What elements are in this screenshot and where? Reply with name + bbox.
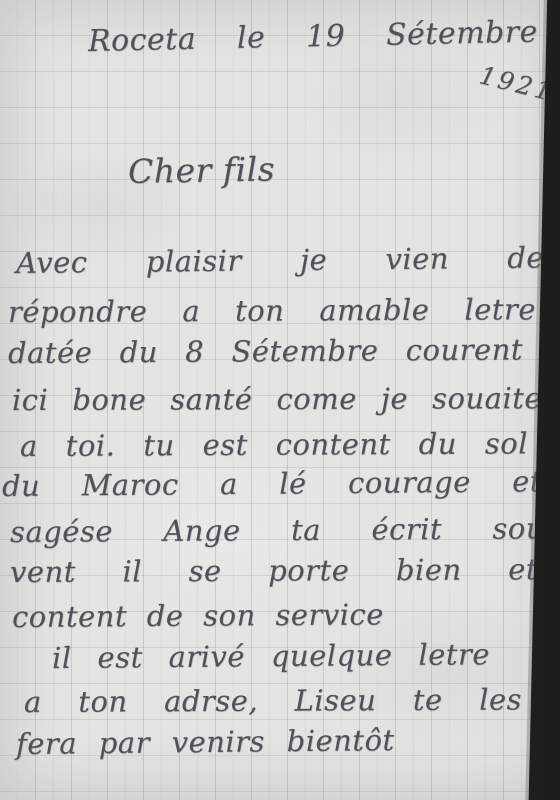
letter-line-7: sagése Ange ta écrit sou: [10, 508, 545, 552]
scanned-letter-page: Roceta le 19 Sétembre 1921 Cher fils Ave…: [0, 0, 560, 800]
letter-line-2: répondre a ton amable letre: [8, 289, 536, 332]
letter-line-9: content de son service: [12, 594, 432, 637]
letter-dateline: Roceta le 19 Sétembre: [88, 15, 539, 59]
letter-line-3: datée du 8 Sétembre courent: [8, 329, 523, 373]
letter-date-month: Sétembre: [386, 15, 539, 53]
letter-date-day: 19: [306, 19, 346, 55]
letter-line-4: ici bone santé come je souaite: [12, 378, 542, 420]
letter-line-1: Avec plaisir je vien de: [16, 237, 544, 283]
letter-line-5: a toi. tu est content du sol: [20, 423, 528, 466]
letter-line-11: a ton adrse, Liseu te les: [24, 679, 522, 722]
letter-line-8: vent il se porte bien et: [10, 549, 538, 592]
letter-salutation: Cher fils: [128, 149, 276, 191]
letter-line-6: du Maroc a lé courage et: [2, 461, 542, 506]
letter-place: Roceta: [88, 22, 197, 59]
letter-line-12: fera par venirs bientôt: [16, 720, 436, 764]
letter-date-article: le: [237, 20, 266, 56]
letter-line-10: il est arivé quelque letre: [52, 634, 490, 678]
